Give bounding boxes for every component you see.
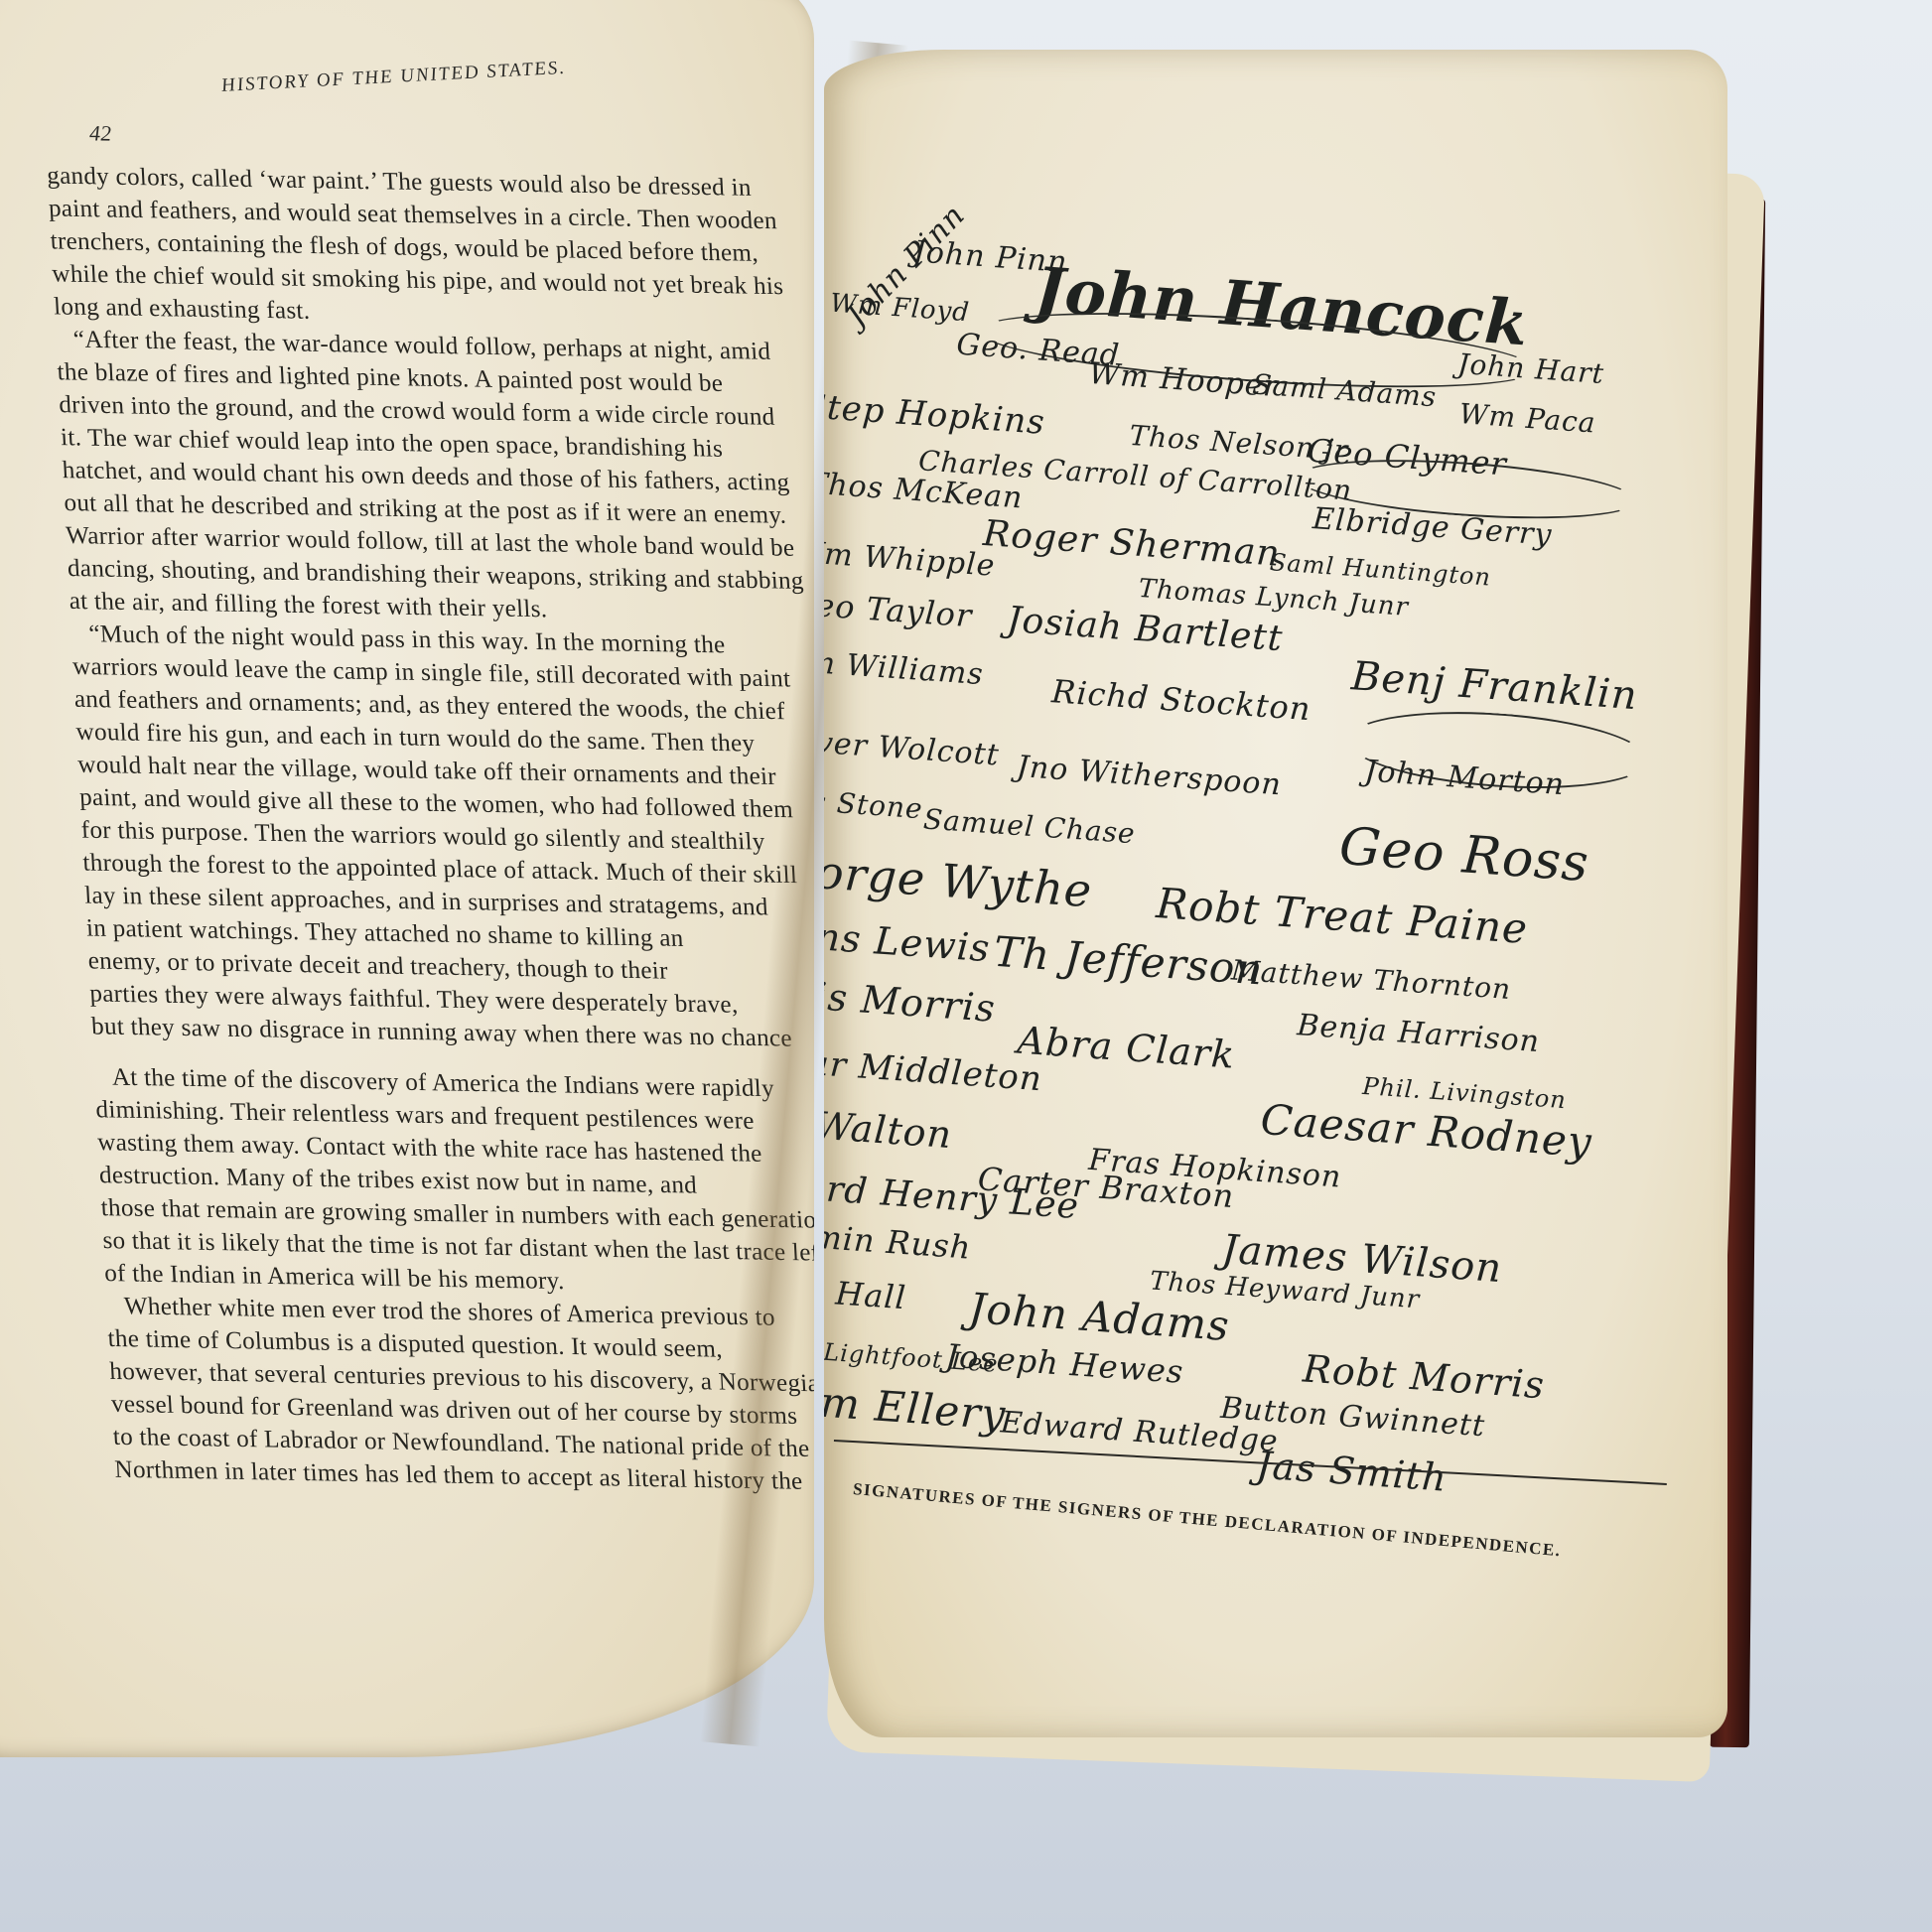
signature: Oliver Wolcott	[824, 722, 1001, 772]
signature: Frans Lewis	[824, 909, 992, 970]
signature: Geo Ross	[1337, 817, 1591, 894]
signature: Benjamin Rush	[824, 1211, 973, 1267]
signature-facsimile: John Pinn John Pinn John Hancock John Ha…	[824, 248, 1716, 1559]
signature: Geo Walton	[824, 1097, 954, 1157]
signature: Th Jefferson	[992, 927, 1265, 995]
signature: Samuel Chase	[922, 802, 1137, 850]
photo-scene: HISTORY OF THE UNITED STATES. 42 gandy c…	[0, 0, 1932, 1932]
signature: Richd Stockton	[1050, 672, 1312, 728]
signature: George Wythe	[824, 840, 1094, 917]
signature: Wm Paca	[1458, 397, 1597, 440]
signature: Wm Williams	[824, 643, 985, 693]
body-text: gandy colors, called ‘war paint.’ The gu…	[46, 160, 814, 1499]
signature: Lyman Hall	[824, 1266, 907, 1317]
signature: Benj Franklin	[1350, 653, 1640, 719]
signature: Geo Taylor	[824, 584, 974, 634]
signature: Abra Clark	[1016, 1019, 1236, 1077]
signature: Jno Witherspoon	[1016, 750, 1283, 803]
left-page: HISTORY OF THE UNITED STATES. 42 gandy c…	[0, 0, 814, 1757]
left-page-content: HISTORY OF THE UNITED STATES. 42 gandy c…	[0, 40, 776, 54]
running-head: HISTORY OF THE UNITED STATES.	[220, 58, 568, 97]
signature: Arthur Middleton	[824, 1037, 1043, 1099]
signature: Benja Harrison	[1296, 1008, 1541, 1059]
signature: Matthew Thornton	[1230, 953, 1512, 1006]
signature: Wm Floyd	[829, 289, 971, 329]
signature: Wm Whipple	[824, 535, 997, 584]
signature: Roger Sherman	[982, 513, 1282, 575]
signature: William Ellery	[824, 1369, 1008, 1440]
page-number: 42	[88, 120, 111, 146]
right-page: John Pinn John Pinn John Hancock John Ha…	[824, 50, 1727, 1737]
signature: Thos Stone	[824, 781, 924, 826]
signature: Step Hopkins	[824, 386, 1046, 443]
signature: Lewis Morris	[824, 968, 997, 1030]
